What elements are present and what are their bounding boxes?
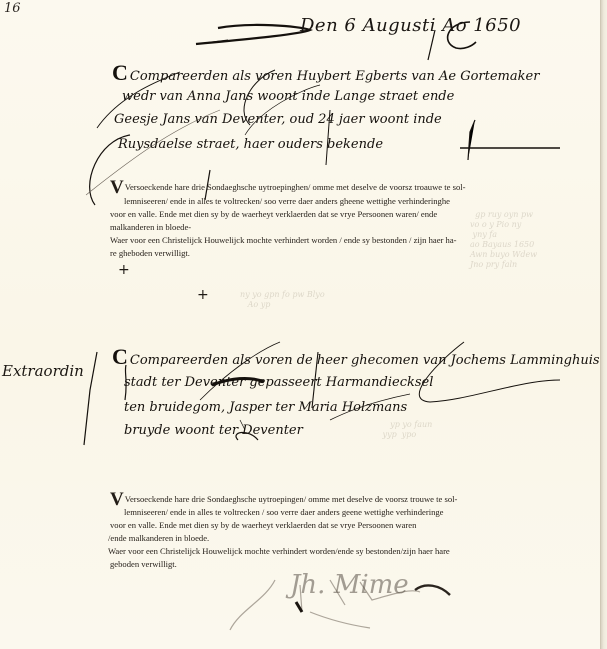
entry-1-date-heading: Den 6 Augusti Ao 1650: [300, 15, 521, 36]
printed-form-line: re gheboden verwilligt.: [110, 247, 190, 260]
initial-capital-v: V: [110, 177, 124, 198]
printed-form-line: VVersoeckende hare drie Sondaeghsche uyt…: [110, 181, 466, 194]
page-number: 16: [4, 1, 21, 16]
printed-form-line: voor en valle. Ende met dien sy by de wa…: [110, 519, 416, 532]
entry-2-declaration-line: bruyde woont ter Deventer: [124, 418, 303, 444]
entry-2-declaration-line: stadt ter Deventer gepasseert Harmandiec…: [124, 370, 433, 396]
printed-form-line: lemniseeren/ ende in alles te voltrecken…: [124, 195, 450, 208]
cross-mark: +: [197, 287, 209, 303]
entry-1-declaration-line: Geesje Jans van Deventer, oud 24 jaer wo…: [114, 107, 442, 133]
printed-form-line: /ende malkanderen in bloede.: [108, 532, 209, 545]
cross-mark: +: [118, 262, 130, 278]
bleed-through-text: gp ruy oyn pwvo o y Pio ny yny faao Baya…: [470, 210, 590, 270]
printed-form-line: lemniseeren/ ende in alles te voltrecken…: [124, 506, 444, 519]
printed-form-line: VVersoeckende hare drie Sondaeghsche uyt…: [110, 493, 457, 506]
initial-capital-c: C: [112, 60, 128, 85]
margin-note-extraordinary: Extraordin: [2, 362, 84, 380]
bleed-through-text: ny yo gpn fo pw Blyo Ao yp: [240, 290, 440, 310]
printed-form-line: Waer voor een Christelijck Houwelijck mo…: [110, 234, 457, 247]
page-edge-shadow: [600, 0, 607, 649]
bleed-through-text: yp yo faun yyp ypo: [380, 420, 580, 440]
faded-signature: Jh. Mime: [290, 570, 409, 600]
printed-form-line: malkanderen in bloede-: [110, 221, 191, 234]
printed-form-line: voor en valle. Ende met dien sy by de wa…: [110, 208, 437, 221]
printed-form-line: geboden verwilligt.: [110, 558, 177, 571]
initial-capital-c: C: [112, 344, 128, 369]
initial-capital-v: V: [110, 489, 124, 510]
entry-1-declaration-line: Ruysdaelse straet, haer ouders bekende: [118, 132, 383, 158]
printed-form-line: Waer voor een Christelijck Houwelijck mo…: [108, 545, 450, 558]
